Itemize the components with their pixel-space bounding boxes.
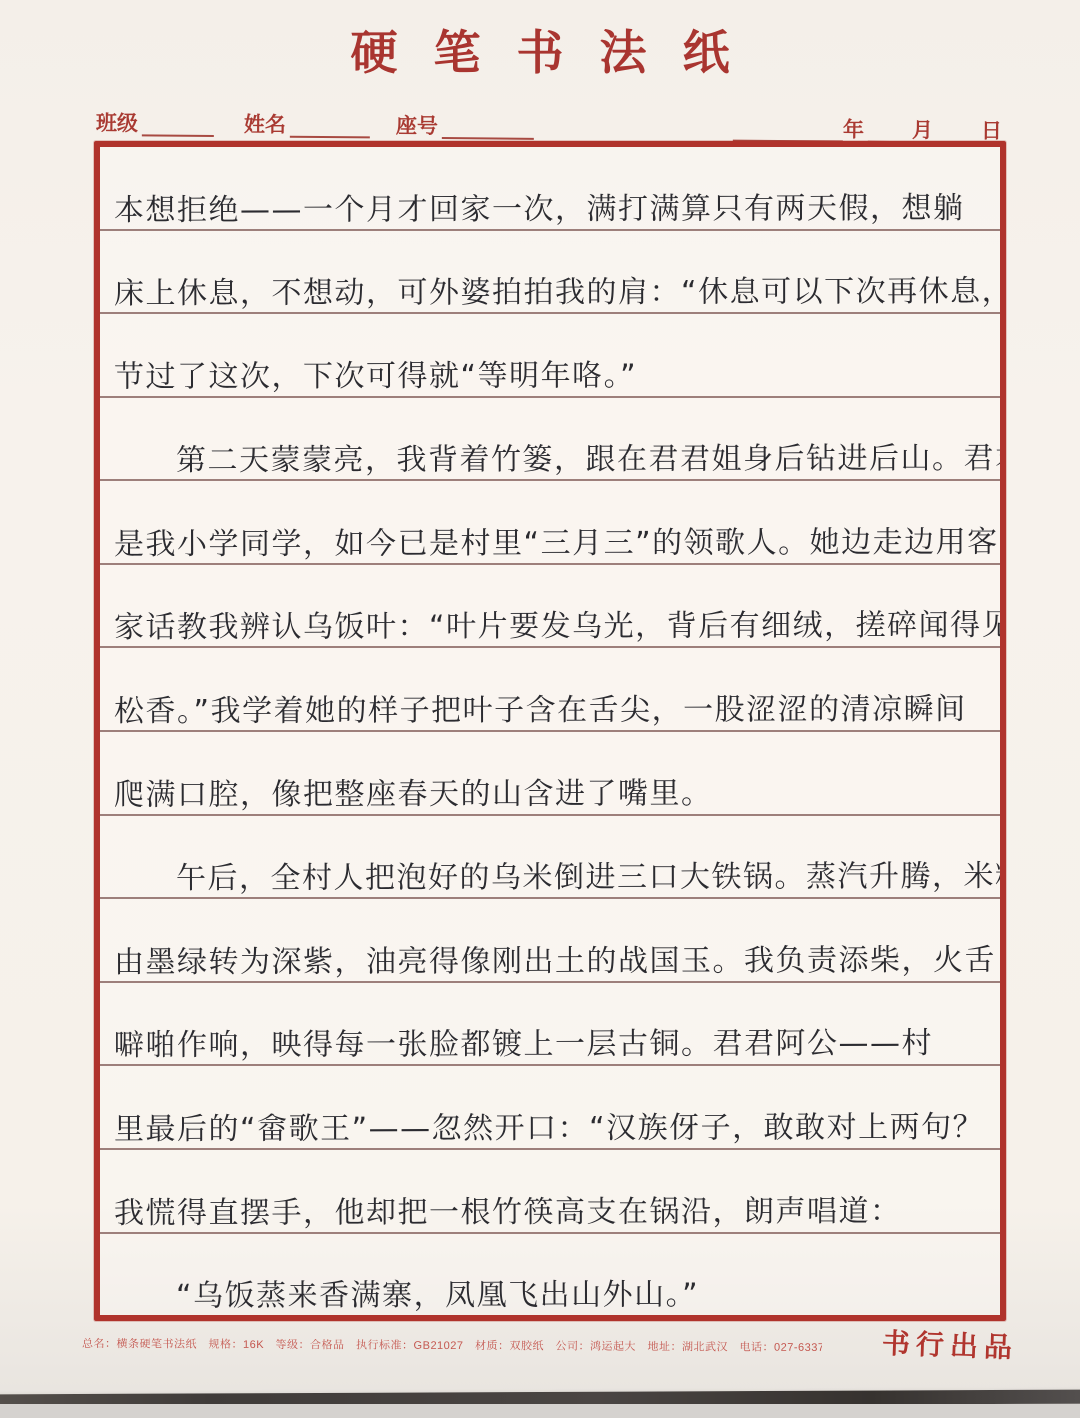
publisher-brand: 书行出品 xyxy=(881,1322,1018,1367)
handwriting-line: 由墨绿转为深紫，油亮得像刚出土的战国玉。我负责添柴，火舌 xyxy=(100,899,1000,983)
handwriting-line: 午后，全村人把泡好的乌米倒进三口大铁锅。蒸汽升腾，米粒 xyxy=(100,816,1000,900)
handwriting-line: “乌饭蒸来香满寨，凤凰飞出山外山。” xyxy=(100,1234,1000,1316)
handwriting-line: 松香。”我学着她的样子把叶子含在舌尖，一股涩涩的清凉瞬间 xyxy=(100,648,1000,732)
writing-area: 本想拒绝——一个月才回家一次，满打满算只有两天假，想躺床上休息，不想动，可外婆拍… xyxy=(94,141,1006,1321)
handwriting-text: 床上休息，不想动，可外婆拍拍我的肩：“休息可以下次再休息，可乌饭 xyxy=(114,275,1000,311)
name-blank-line xyxy=(290,114,370,139)
photo-background-strip xyxy=(0,1404,1080,1418)
name-label: 姓名 xyxy=(244,111,290,137)
page-title: 硬笔书法纸 xyxy=(0,16,1080,83)
handwriting-text: 午后，全村人把泡好的乌米倒进三口大铁锅。蒸汽升腾，米粒 xyxy=(176,860,1000,895)
date-fields: 年 月 日 xyxy=(733,116,1006,144)
handwriting-text: “乌饭蒸来香满寨，凤凰飞出山外山。” xyxy=(176,1278,699,1312)
month-label: 月 xyxy=(912,117,937,143)
handwriting-line: 我慌得直摆手，他却把一根竹筷高支在锅沿，朗声唱道： xyxy=(100,1150,1000,1234)
class-label: 班级 xyxy=(96,110,142,136)
handwriting-text: 是我小学同学，如今已是村里“三月三”的领歌人。她边走边用客 xyxy=(114,526,999,561)
seat-blank-line xyxy=(442,115,534,140)
calligraphy-paper-sheet: 硬笔书法纸 班级 姓名 座号 年 月 日 本想拒绝——一个月才回家一次，满打满算… xyxy=(0,0,1080,1418)
seat-label: 座号 xyxy=(396,113,442,139)
handwriting-text: 爬满口腔，像把整座春天的山含进了嘴里。 xyxy=(114,777,713,812)
handwriting-line: 本想拒绝——一个月才回家一次，满打满算只有两天假，想躺 xyxy=(100,147,1000,231)
year-blank-line xyxy=(733,118,843,143)
handwriting-text: 第二天蒙蒙亮，我背着竹篓，跟在君君姐身后钻进后山。君君姐 xyxy=(176,442,1000,477)
month-blank-line xyxy=(868,119,912,143)
handwriting-text: 本想拒绝——一个月才回家一次，满打满算只有两天假，想躺 xyxy=(114,191,965,226)
header-fields: 班级 姓名 座号 年 月 日 xyxy=(96,96,1006,144)
handwriting-text: 里最后的“畲歌王”——忽然开口：“汉族伢子，敢敢对上两句？ xyxy=(114,1111,984,1146)
footer-spec-text: 总名：横条硬笔书法纸 规格：16K 等级：合格品 执行标准：GB21027 材质… xyxy=(82,1335,822,1355)
handwriting-line: 是我小学同学，如今已是村里“三月三”的领歌人。她边走边用客 xyxy=(100,481,1000,565)
year-label: 年 xyxy=(843,117,868,143)
handwriting-text: 节过了这次，下次可得就“等明年咯。” xyxy=(114,359,637,393)
handwriting-text: 由墨绿转为深紫，油亮得像刚出土的战国玉。我负责添柴，火舌 xyxy=(114,944,996,979)
handwriting-line: 爬满口腔，像把整座春天的山含进了嘴里。 xyxy=(100,732,1000,816)
class-blank-line xyxy=(142,112,214,137)
handwriting-line: 节过了这次，下次可得就“等明年咯。” xyxy=(100,314,1000,398)
handwriting-text: 松香。”我学着她的样子把叶子含在舌尖，一股涩涩的清凉瞬间 xyxy=(114,693,967,728)
handwriting-line: 第二天蒙蒙亮，我背着竹篓，跟在君君姐身后钻进后山。君君姐 xyxy=(100,398,1000,482)
handwriting-text: 家话教我辨认乌饭叶：“叶片要发乌光，背后有细绒，搓碎闻得见 xyxy=(114,609,1000,644)
handwriting-text: 噼啪作响，映得每一张脸都镀上一层古铜。君君阿公——村 xyxy=(114,1027,933,1062)
handwriting-line: 里最后的“畲歌王”——忽然开口：“汉族伢子，敢敢对上两句？ xyxy=(100,1066,1000,1150)
handwriting-text: 我慌得直摆手，他却把一根竹筷高支在锅沿，朗声唱道： xyxy=(114,1194,902,1229)
handwriting-line: 家话教我辨认乌饭叶：“叶片要发乌光，背后有细绒，搓碎闻得见 xyxy=(100,565,1000,649)
handwriting-line: 床上休息，不想动，可外婆拍拍我的肩：“休息可以下次再休息，可乌饭 xyxy=(100,231,1000,315)
handwriting-line: 噼啪作响，映得每一张脸都镀上一层古铜。君君阿公——村 xyxy=(100,983,1000,1067)
